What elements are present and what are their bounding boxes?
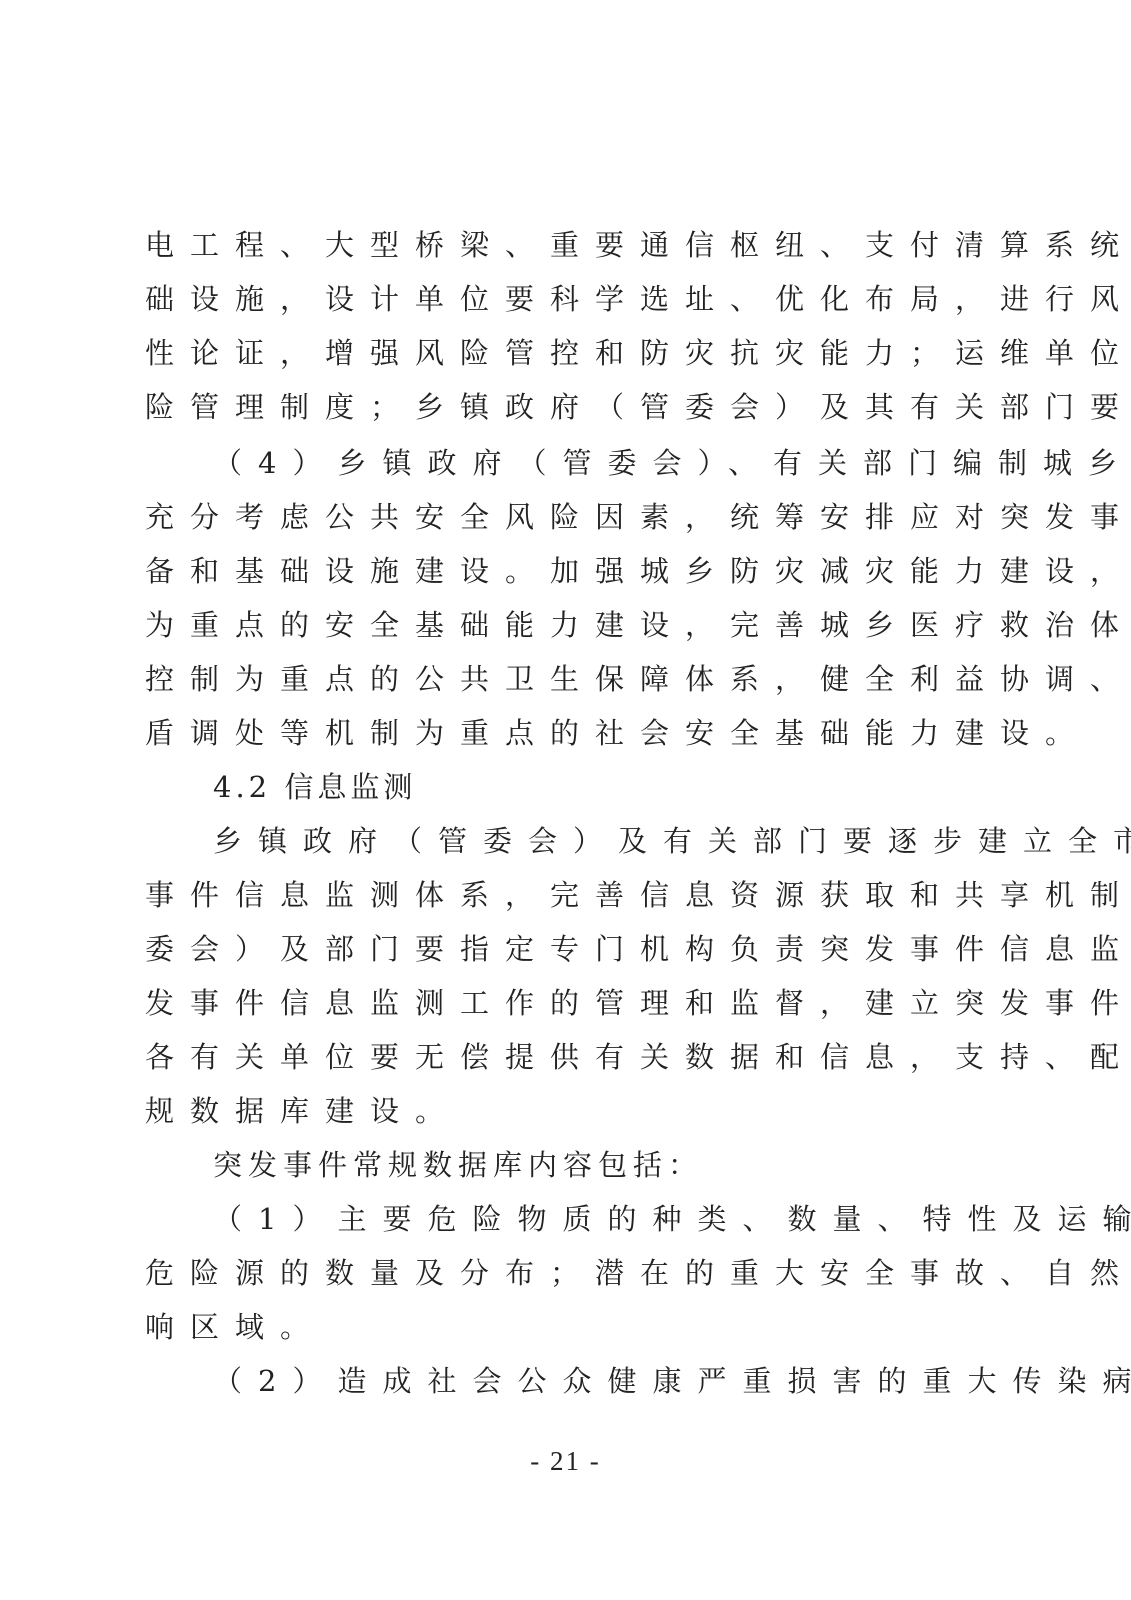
text-line: 危险源的数量及分布；潜在的重大安全事故、自然灾害类型及影 bbox=[145, 1246, 970, 1300]
paragraph-start: 突发事件常规数据库内容包括： bbox=[213, 1138, 970, 1192]
text-line: 发事件信息监测工作的管理和监督，建立突发事件常规数据库。 bbox=[145, 976, 970, 1030]
list-item-4: （4）乡镇政府（管委会）、有关部门编制城乡建设规划应当 bbox=[213, 436, 970, 490]
text-line: 电工程、大型桥梁、重要通信枢纽、支付清算系统等重大关键基 bbox=[145, 218, 970, 272]
list-item-2: （2）造成社会公众健康严重损害的重大传染病疫情、群体 bbox=[213, 1354, 970, 1408]
list-item-1: （1）主要危险物质的种类、数量、特性及运输路线；重大 bbox=[213, 1192, 970, 1246]
text-line: 响区域。 bbox=[145, 1300, 970, 1354]
text-line: 委会）及部门要指定专门机构负责突发事件信息监测，加强对突 bbox=[145, 922, 970, 976]
document-page: 电工程、大型桥梁、重要通信枢纽、支付清算系统等重大关键基 础设施，设计单位要科学… bbox=[0, 0, 1131, 1600]
text-line: 性论证，增强风险管控和防灾抗灾能力；运维单位要建立健全风 bbox=[145, 326, 970, 380]
text-line: 控制为重点的公共卫生保障体系，健全利益协调、诉求表达、矛 bbox=[145, 652, 970, 706]
text-line: 础设施，设计单位要科学选址、优化布局，进行风险评估和可行 bbox=[145, 272, 970, 326]
page-number: - 21 - bbox=[0, 1441, 1131, 1481]
text-line: 备和基础设施建设。加强城乡防灾减灾能力建设，抓好源头治理 bbox=[145, 544, 970, 598]
text-line: 险管理制度；乡镇政府（管委会）及其有关部门要加强监督检查。 bbox=[145, 380, 970, 434]
text-line: 盾调处等机制为重点的社会安全基础能力建设。 bbox=[145, 706, 970, 760]
text-line: 充分考虑公共安全风险因素，统筹安排应对突发事件所必需的设 bbox=[145, 490, 970, 544]
section-heading: 4.2 信息监测 bbox=[213, 760, 970, 814]
text-line: 事件信息监测体系，完善信息资源获取和共享机制。乡镇政府（管 bbox=[145, 868, 970, 922]
text-line: 各有关单位要无偿提供有关数据和信息，支持、配合突发事件常 bbox=[145, 1030, 970, 1084]
paragraph-start: 乡镇政府（管委会）及有关部门要逐步建立全市统一的突发 bbox=[213, 814, 970, 868]
text-line: 规数据库建设。 bbox=[145, 1084, 970, 1138]
text-line: 为重点的安全基础能力建设，完善城乡医疗救治体系和疾病预防 bbox=[145, 598, 970, 652]
